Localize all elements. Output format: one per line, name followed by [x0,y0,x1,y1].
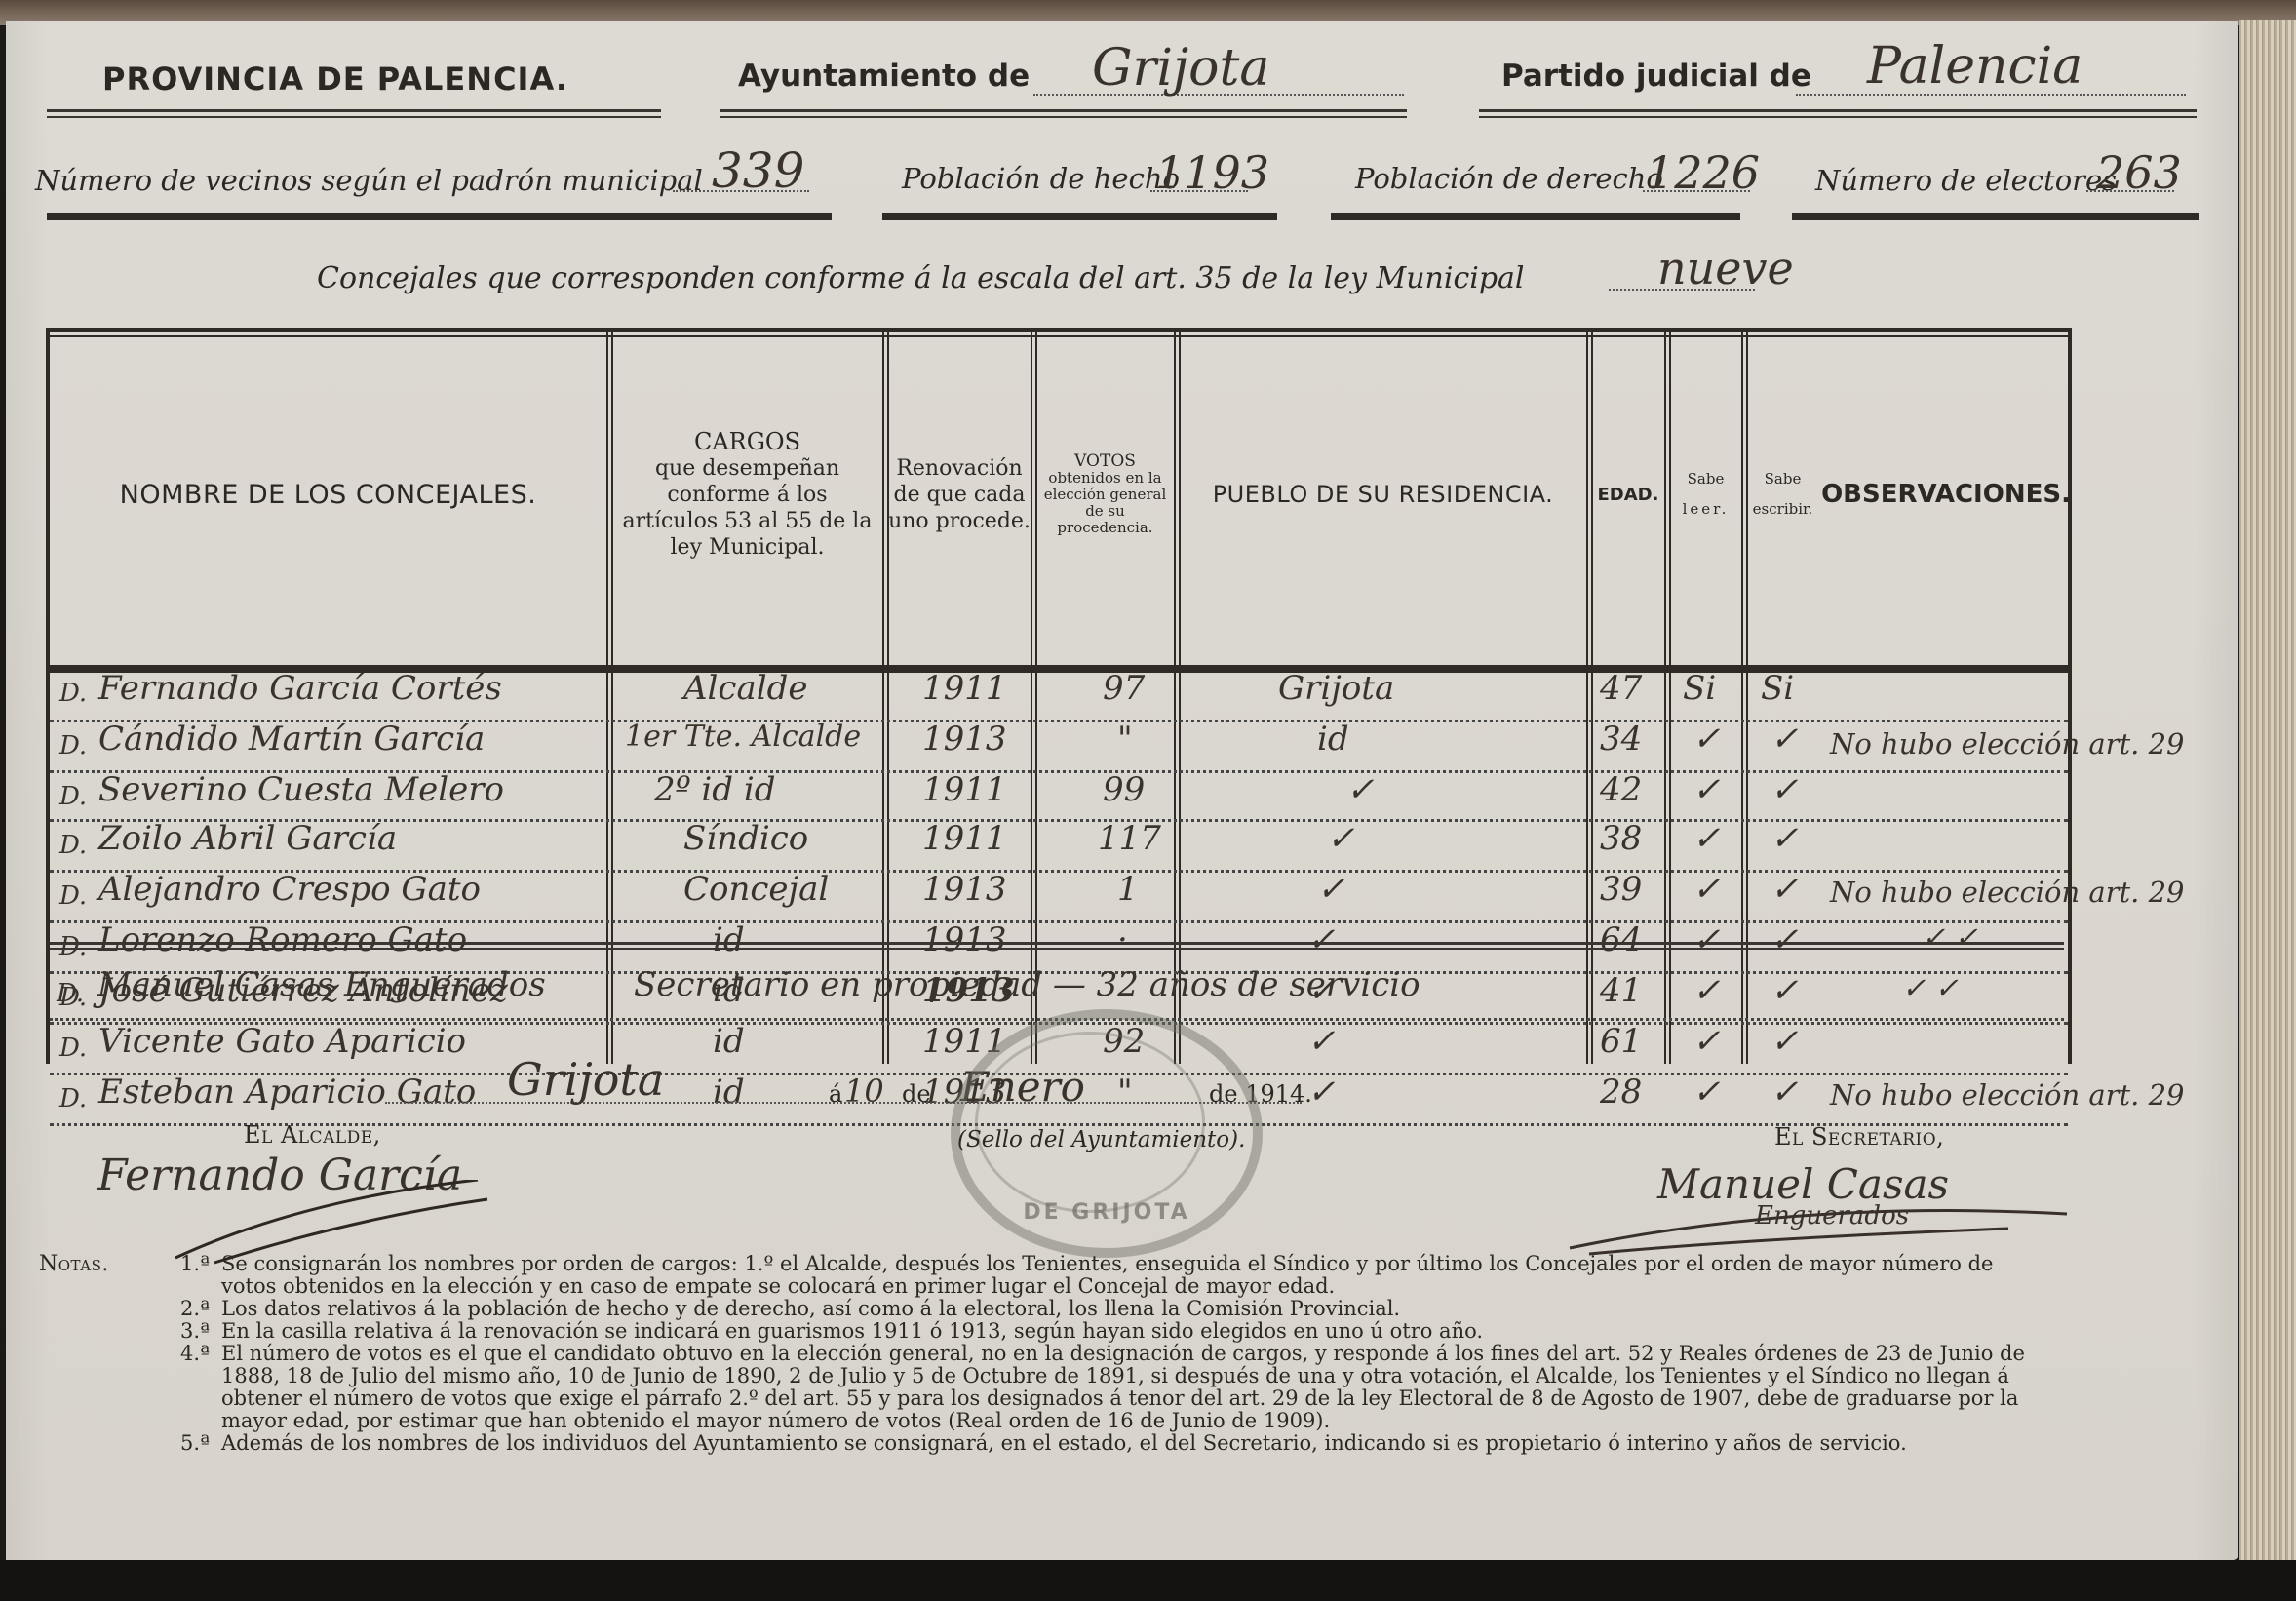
note-item: 4.ª El número de votos es el que el cand… [39,1343,2038,1432]
row-edad: 64 [1600,920,1642,959]
row-nombre: Lorenzo Romero Gato [98,920,467,959]
header-sabe-leer-2: leer. [1683,501,1730,518]
signature-flourish [1560,1190,2106,1258]
header-votos-title: VOTOS [1074,453,1136,470]
header-pueblo: PUEBLO DE SU RESIDENCIA. [1180,339,1586,649]
row-votos: 117 [1098,819,1161,858]
divider [1479,109,2197,118]
note-text: Además de los nombres de los individuos … [221,1432,2038,1455]
divider [882,213,1277,220]
concejales-value: nueve [1657,242,1794,294]
sello-label: (Sello del Ayuntamiento). [957,1127,1245,1152]
header-sabe-escribir-1: Sabe [1765,471,1802,488]
row-don: D. [59,731,87,761]
row-sabe-escribir: Si [1761,669,1794,708]
header-renovacion: Renovación de que cada uno procede. [888,339,1031,649]
poblacion-derecho-value: 1226 [1646,146,1760,199]
vecinos-label: Número de vecinos según el padrón munici… [35,164,703,197]
header-cargos-sub: que desempeñan conforme á los artículos … [621,455,875,561]
row-don: D. [59,831,87,860]
row-don: D. [59,1034,87,1063]
row-cargo: Alcalde [683,669,808,708]
note-num: 2.ª [156,1298,221,1320]
secretario-nombre: Manuel Casas Enguerados [97,965,546,1004]
row-edad: 61 [1600,1022,1642,1061]
province-title: PROVINCIA DE PALENCIA. [102,60,568,98]
row-sabe-leer: ✓ [1693,819,1721,858]
row-renovacion: 1911 [922,819,1007,858]
row-edad: 42 [1600,770,1642,809]
header-edad: EDAD. [1592,339,1664,649]
row-sabe-leer: ✓ [1693,870,1721,909]
note-key-spacer [39,1298,156,1320]
note-item: Notas. 1.ª Se consignarán los nombres po… [39,1253,2038,1298]
row-renovacion: 1913 [922,720,1007,759]
ayuntamiento-label: Ayuntamiento de [738,59,1030,94]
note-text: Los datos relativos á la población de he… [221,1298,2038,1320]
secretario-don: D. [57,979,84,1008]
header-sabe-leer-1: Sabe [1688,471,1725,488]
electores-label: Número de electores [1815,164,2117,197]
row-pueblo: ✓ [1307,920,1336,959]
electores-value: 263 [2096,146,2182,199]
row-cargo: id [713,920,745,959]
row-cargo: Síndico [683,819,808,858]
row-sabe-escribir: ✓ [1771,920,1799,959]
header-observaciones: OBSERVACIONES. [1824,339,2068,649]
row-sabe-escribir: ✓ [1771,819,1799,858]
note-key-spacer [39,1320,156,1343]
alcalde-label: El Alcalde, [244,1121,381,1149]
row-edad: 41 [1600,971,1642,1010]
note-text: Se consignarán los nombres por orden de … [221,1253,2038,1298]
header-cargos: CARGOS que desempeñan conforme á los art… [612,339,882,649]
row-observaciones: No hubo elección art. 29 [1830,1078,2185,1112]
row-renovacion: 1913 [922,920,1007,959]
secretario-label: El Secretario, [1774,1123,1944,1151]
row-nombre: Cándido Martín García [98,720,485,759]
row-sabe-escribir: ✓ [1771,971,1799,1010]
date-day: 10 [844,1073,884,1110]
row-cargo: Concejal [683,870,829,909]
row-nombre: Fernando García Cortés [98,669,502,708]
row-sabe-escribir: ✓ [1771,720,1799,759]
poblacion-derecho-label: Población de derecho [1355,162,1663,195]
row-sabe-leer: ✓ [1693,920,1721,959]
row-sabe-escribir: ✓ [1771,1073,1799,1112]
row-pueblo: ✓ [1317,870,1345,909]
row-sabe-leer: ✓ [1693,720,1721,759]
divider [1792,213,2199,220]
poblacion-hecho-value: 1193 [1155,146,1269,199]
row-edad: 47 [1600,669,1642,708]
header-sabe-escribir: Sabe escribir. [1747,339,1818,649]
row-sabe-escribir: ✓ [1771,770,1799,809]
note-key-spacer [39,1343,156,1432]
row-observaciones: ✓ ✓ [1902,971,1959,1004]
header-sabe-escribir-2: escribir. [1753,501,1813,518]
row-votos: " [1117,720,1133,759]
secretario-detalle: Secretario en propiedad — 32 años de ser… [634,965,1420,1004]
note-num: 3.ª [156,1320,221,1343]
row-renovacion: 1911 [922,669,1007,708]
date-day-prefix: á [829,1080,842,1108]
notes-label: Notas. [39,1253,156,1298]
row-cargo: 1er Tte. Alcalde [625,720,861,754]
row-sabe-leer: ✓ [1693,971,1721,1010]
date-de: de [902,1080,931,1108]
header-nombre: NOMBRE DE LOS CONCEJALES. [50,339,606,649]
note-item: 3.ª En la casilla relativa á la renovaci… [39,1320,2038,1343]
row-pueblo: ✓ [1327,819,1355,858]
row-edad: 28 [1600,1073,1642,1112]
table-top-rule [50,328,2068,332]
row-votos: 97 [1103,669,1145,708]
divider [720,109,1407,118]
divider [47,109,661,118]
row-nombre: Vicente Gato Aparicio [98,1022,466,1061]
row-nombre: Alejandro Crespo Gato [98,870,481,909]
row-sabe-leer: ✓ [1693,770,1721,809]
row-renovacion: 1911 [922,770,1007,809]
row-sabe-escribir: ✓ [1771,870,1799,909]
date-place: Grijota [507,1053,664,1106]
row-edad: 38 [1600,819,1642,858]
row-pueblo: id [1317,720,1349,759]
divider [47,213,832,220]
row-cargo: 2º id id [654,770,776,809]
concejales-table: NOMBRE DE LOS CONCEJALES. CARGOS que des… [46,328,2072,1064]
row-nombre: Esteban Aparicio Gato [98,1073,476,1112]
note-num: 1.ª [156,1253,221,1298]
vecinos-value: 339 [712,142,804,199]
row-don: D. [59,932,87,961]
row-cargo: id [713,1022,745,1061]
row-don: D. [59,679,87,708]
row-pueblo: ✓ [1346,770,1375,809]
row-renovacion: 1913 [922,870,1007,909]
row-don: D. [59,1084,87,1113]
header-cargos-title: CARGOS [694,429,800,455]
row-pueblo: ✓ [1307,1022,1336,1061]
row-votos: 99 [1103,770,1145,809]
row-edad: 39 [1600,870,1642,909]
note-item: 5.ª Además de los nombres de los individ… [39,1432,2038,1455]
secretario-rule [50,942,2064,945]
note-num: 4.ª [156,1343,221,1432]
notes-section: Notas. 1.ª Se consignarán los nombres po… [39,1253,2038,1455]
row-nombre: Zoilo Abril García [98,819,397,858]
row-don: D. [59,782,87,811]
stamp-inner-ring [975,1032,1205,1213]
ayuntamiento-value: Grijota [1092,39,1269,98]
scan-background [0,1560,2296,1601]
row-sabe-leer: Si [1683,669,1716,708]
row-sabe-leer: ✓ [1693,1073,1721,1112]
concejales-label: Concejales que corresponden conforme á l… [317,261,1525,295]
table-top-rule-2 [50,335,2068,337]
header-votos: VOTOS obtenidos en la elección general d… [1036,339,1174,649]
note-num: 5.ª [156,1432,221,1455]
note-item: 2.ª Los datos relativos á la población d… [39,1298,2038,1320]
row-edad: 34 [1600,720,1642,759]
book-page-edges [2239,20,2296,1560]
row-sabe-leer: ✓ [1693,1022,1721,1061]
row-observaciones: No hubo elección art. 29 [1830,876,2185,909]
row-sabe-escribir: ✓ [1771,1022,1799,1061]
note-text: El número de votos es el que el candidat… [221,1343,2038,1432]
row-cargo: id [713,1073,745,1112]
header-votos-sub: obtenidos en la elección general de su p… [1042,470,1169,536]
poblacion-hecho-label: Población de hecho [902,162,1180,195]
note-key-spacer [39,1432,156,1455]
row-pueblo: Grijota [1278,669,1394,708]
note-text: En la casilla relativa á la renovación s… [221,1320,2038,1343]
header-sabe-leer: Sabe leer. [1670,339,1741,649]
partido-judicial-label: Partido judicial de [1501,59,1811,94]
row-votos: · [1117,920,1128,959]
row-observaciones: No hubo elección art. 29 [1830,727,2185,761]
secretario-rule-2 [50,948,2064,950]
row-don: D. [59,881,87,911]
partido-judicial-value: Palencia [1867,37,2082,96]
divider [1331,213,1740,220]
row-votos: 1 [1117,870,1139,909]
row-nombre: Severino Cuesta Melero [98,770,504,809]
